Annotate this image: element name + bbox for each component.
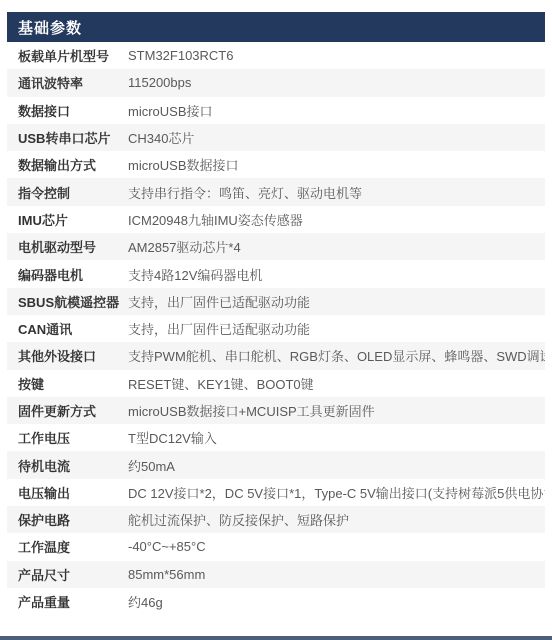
table-row: SBUS航模遥控器 支持，出厂固件已适配驱动功能 xyxy=(7,288,545,315)
spec-label: 板载单片机型号 xyxy=(7,46,128,65)
spec-value: CH340芯片 xyxy=(128,128,194,147)
spec-value: -40°C~+85°C xyxy=(128,539,206,554)
table-row: 编码器电机 支持4路12V编码器电机 xyxy=(7,260,545,287)
table-row: 工作电压 T型DC12V输入 xyxy=(7,424,545,451)
table-row: CAN通讯 支持，出厂固件已适配驱动功能 xyxy=(7,315,545,342)
spec-label: 固件更新方式 xyxy=(7,401,128,420)
spec-value: 约50mA xyxy=(128,456,175,475)
spec-value: ICM20948九轴IMU姿态传感器 xyxy=(128,210,303,229)
spec-label: CAN通讯 xyxy=(7,319,128,338)
spec-label: SBUS航模遥控器 xyxy=(7,292,128,311)
spec-label: 保护电路 xyxy=(7,510,128,529)
spec-label: USB转串口芯片 xyxy=(7,128,128,147)
spec-value: 支持4路12V编码器电机 xyxy=(128,265,262,284)
spec-value: DC 12V接口*2，DC 5V接口*1，Type-C 5V输出接口(支持树莓派… xyxy=(128,483,545,502)
spec-label: 产品尺寸 xyxy=(7,565,128,584)
table-row: 工作温度 -40°C~+85°C xyxy=(7,533,545,560)
table-row: IMU芯片 ICM20948九轴IMU姿态传感器 xyxy=(7,206,545,233)
table-row: 按键 RESET键、KEY1键、BOOT0键 xyxy=(7,370,545,397)
table-row: 板载单片机型号 STM32F103RCT6 xyxy=(7,42,545,69)
spec-value: AM2857驱动芯片*4 xyxy=(128,237,241,256)
table-row: 数据输出方式 microUSB数据接口 xyxy=(7,151,545,178)
table-row: 待机电流 约50mA xyxy=(7,451,545,478)
spec-value: STM32F103RCT6 xyxy=(128,48,233,63)
spec-table: 板载单片机型号 STM32F103RCT6 通讯波特率 115200bps 数据… xyxy=(7,42,545,615)
spec-label: 工作温度 xyxy=(7,537,128,556)
spec-value: 舵机过流保护、防反接保护、短路保护 xyxy=(128,510,349,529)
spec-value: microUSB数据接口+MCUISP工具更新固件 xyxy=(128,401,375,420)
table-row: 其他外设接口 支持PWM舵机、串口舵机、RGB灯条、OLED显示屏、蜂鸣器、SW… xyxy=(7,342,545,369)
spec-label: 编码器电机 xyxy=(7,265,128,284)
spec-label: 指令控制 xyxy=(7,183,128,202)
table-row: 保护电路 舵机过流保护、防反接保护、短路保护 xyxy=(7,506,545,533)
table-row: 电压输出 DC 12V接口*2，DC 5V接口*1，Type-C 5V输出接口(… xyxy=(7,479,545,506)
spec-value: microUSB数据接口 xyxy=(128,155,239,174)
spec-value: 支持，出厂固件已适配驱动功能 xyxy=(128,319,310,338)
spec-value: 支持串行指令：鸣笛、亮灯、驱动电机等 xyxy=(128,183,362,202)
spec-label: 按键 xyxy=(7,374,128,393)
spec-value: 85mm*56mm xyxy=(128,567,205,582)
spec-value: 支持，出厂固件已适配驱动功能 xyxy=(128,292,310,311)
table-row: 电机驱动型号 AM2857驱动芯片*4 xyxy=(7,233,545,260)
spec-page: 基础参数 板载单片机型号 STM32F103RCT6 通讯波特率 115200b… xyxy=(0,0,552,615)
spec-label: 数据输出方式 xyxy=(7,155,128,174)
next-section-divider xyxy=(0,636,552,640)
spec-value: RESET键、KEY1键、BOOT0键 xyxy=(128,374,314,393)
spec-label: 其他外设接口 xyxy=(7,346,128,365)
table-row: 通讯波特率 115200bps xyxy=(7,69,545,96)
section-header: 基础参数 xyxy=(7,12,545,42)
spec-value: T型DC12V输入 xyxy=(128,428,217,447)
spec-label: 通讯波特率 xyxy=(7,73,128,92)
spec-label: 电机驱动型号 xyxy=(7,237,128,256)
spec-label: 产品重量 xyxy=(7,592,128,611)
spec-value: 支持PWM舵机、串口舵机、RGB灯条、OLED显示屏、蜂鸣器、SWD调试接口 xyxy=(128,346,545,365)
table-row: USB转串口芯片 CH340芯片 xyxy=(7,124,545,151)
spec-label: 工作电压 xyxy=(7,428,128,447)
spec-value: 115200bps xyxy=(128,75,191,90)
section-title: 基础参数 xyxy=(18,17,82,38)
spec-label: 待机电流 xyxy=(7,456,128,475)
table-row: 固件更新方式 microUSB数据接口+MCUISP工具更新固件 xyxy=(7,397,545,424)
spec-label: IMU芯片 xyxy=(7,210,128,229)
spec-value: 约46g xyxy=(128,592,163,611)
spec-value: microUSB接口 xyxy=(128,101,213,120)
table-row: 指令控制 支持串行指令：鸣笛、亮灯、驱动电机等 xyxy=(7,178,545,205)
table-row: 产品重量 约46g xyxy=(7,588,545,615)
spec-label: 电压输出 xyxy=(7,483,128,502)
spec-label: 数据接口 xyxy=(7,101,128,120)
table-row: 产品尺寸 85mm*56mm xyxy=(7,561,545,588)
table-row: 数据接口 microUSB接口 xyxy=(7,97,545,124)
